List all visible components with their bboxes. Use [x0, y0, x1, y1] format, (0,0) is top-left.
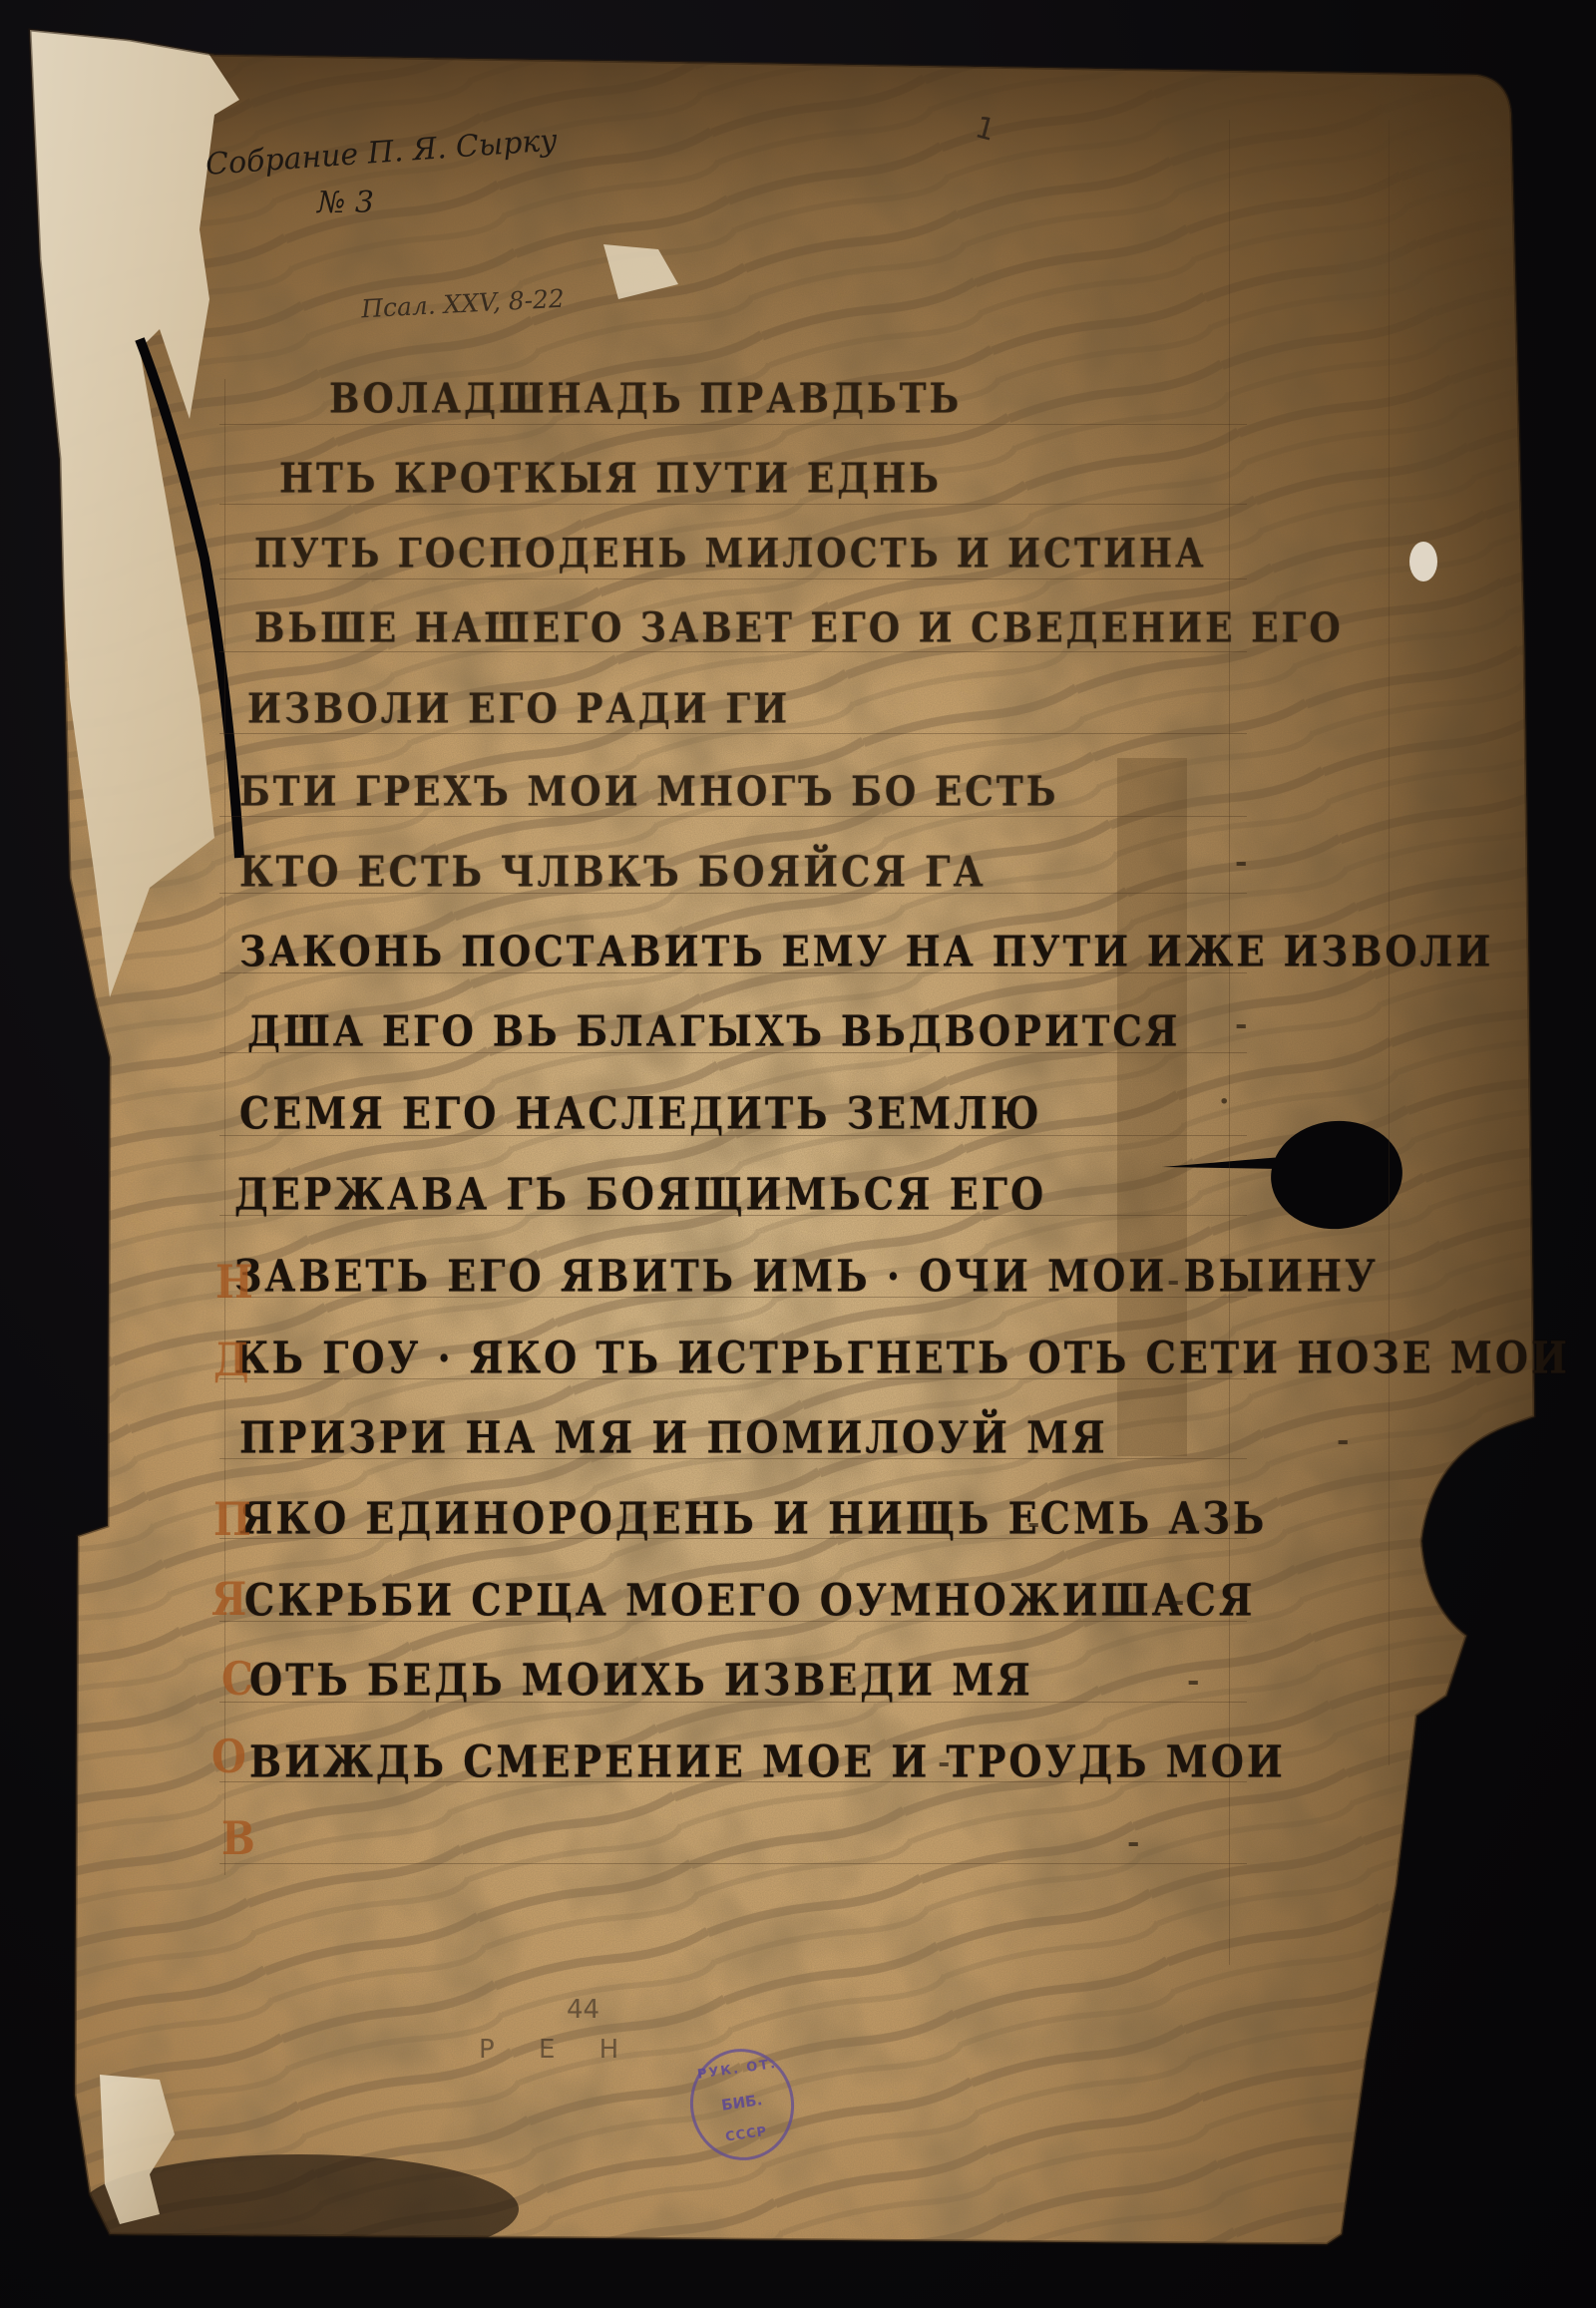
text-line: ОТЬ БЕДЬ МОИХЬ ИЗВЕДИ МЯ	[249, 1654, 1033, 1706]
text-line: ЗАКОНЬ ПОСТАВИТЬ ЕМУ НА ПУТИ ИЖЕ ИЗВОЛИ	[239, 926, 1493, 976]
text-line: КЬ ГОУ · ЯКО ТЬ ИСТРЬГНЕТЬ ОТЬ СЕТИ НОЗЕ…	[234, 1332, 1570, 1383]
text-line: НТЬ КРОТКЫЯ ПУТИ ЕДНЬ	[279, 455, 942, 503]
text-line: БТИ ГРЕХЪ МОИ МНОГЪ БО ЕСТЬ	[239, 768, 1058, 816]
text-line: ЯКО ЕДИНОРОДЕНЬ И НИЩЬ ЕСМЬ АЗЬ	[239, 1492, 1267, 1544]
margin-initial: О	[211, 1730, 246, 1783]
margin-initial: Д	[213, 1333, 249, 1386]
text-line: СЕМЯ ЕГО НАСЛЕДИТЬ ЗЕМЛЮ	[239, 1087, 1042, 1139]
stamp-middle-text: БИБ.	[692, 2087, 792, 2117]
margin-initial: П	[213, 1492, 251, 1546]
pencil-note: 44	[567, 1995, 599, 2025]
parchment-shape	[0, 0, 1596, 2308]
text-line: ЗАВЕТЬ ЕГО ЯВИТЬ ИМЬ · ОЧИ МОИ ВЫИНУ	[234, 1250, 1379, 1302]
margin-initial: С	[221, 1652, 253, 1706]
text-line: ДША ЕГО ВЬ БЛАГЫХЪ ВЬДВОРИТСЯ	[247, 1005, 1180, 1056]
text-line: СКРЬБИ СРЦА МОЕГО ОУМНОЖИШАСЯ	[244, 1574, 1255, 1626]
text-line: ИЗВОЛИ ЕГО РАДИ ГИ	[247, 685, 790, 733]
margin-initial: Я	[211, 1572, 246, 1626]
text-line: ПУТЬ ГОСПОДЕНЬ МИЛОСТЬ И ИСТИНА	[254, 531, 1207, 577]
margin-initial: Н	[215, 1255, 253, 1309]
text-line: ВОЛАДШНАДЬ ПРАВДЬТЬ	[329, 375, 962, 423]
manuscript-leaf: Собрание П. Я. Сырку № 3 Псал. XXV, 8-22…	[0, 0, 1596, 2308]
text-line: КТО ЕСТЬ ЧЛВКЪ БОЯЙСЯ ГА	[239, 846, 987, 897]
text-line: ДЕРЖАВА ГЬ БОЯЩИМЬСЯ ЕГО	[234, 1168, 1046, 1220]
text-line: ВЬШЕ НАШЕГО ЗАВЕТ ЕГО И СВЕДЕНИЕ ЕГО	[254, 604, 1344, 652]
pencil-note: Р Е Н	[479, 2035, 636, 2065]
text-line: ВИЖДЬ СМЕРЕНИЕ МОЕ И ТРОУДЬ МОИ	[249, 1735, 1286, 1787]
collection-number: № 3	[317, 186, 374, 220]
margin-initial: В	[221, 1811, 255, 1865]
text-line: ПРИЗРИ НА МЯ И ПОМИЛОУЙ МЯ	[239, 1411, 1108, 1463]
